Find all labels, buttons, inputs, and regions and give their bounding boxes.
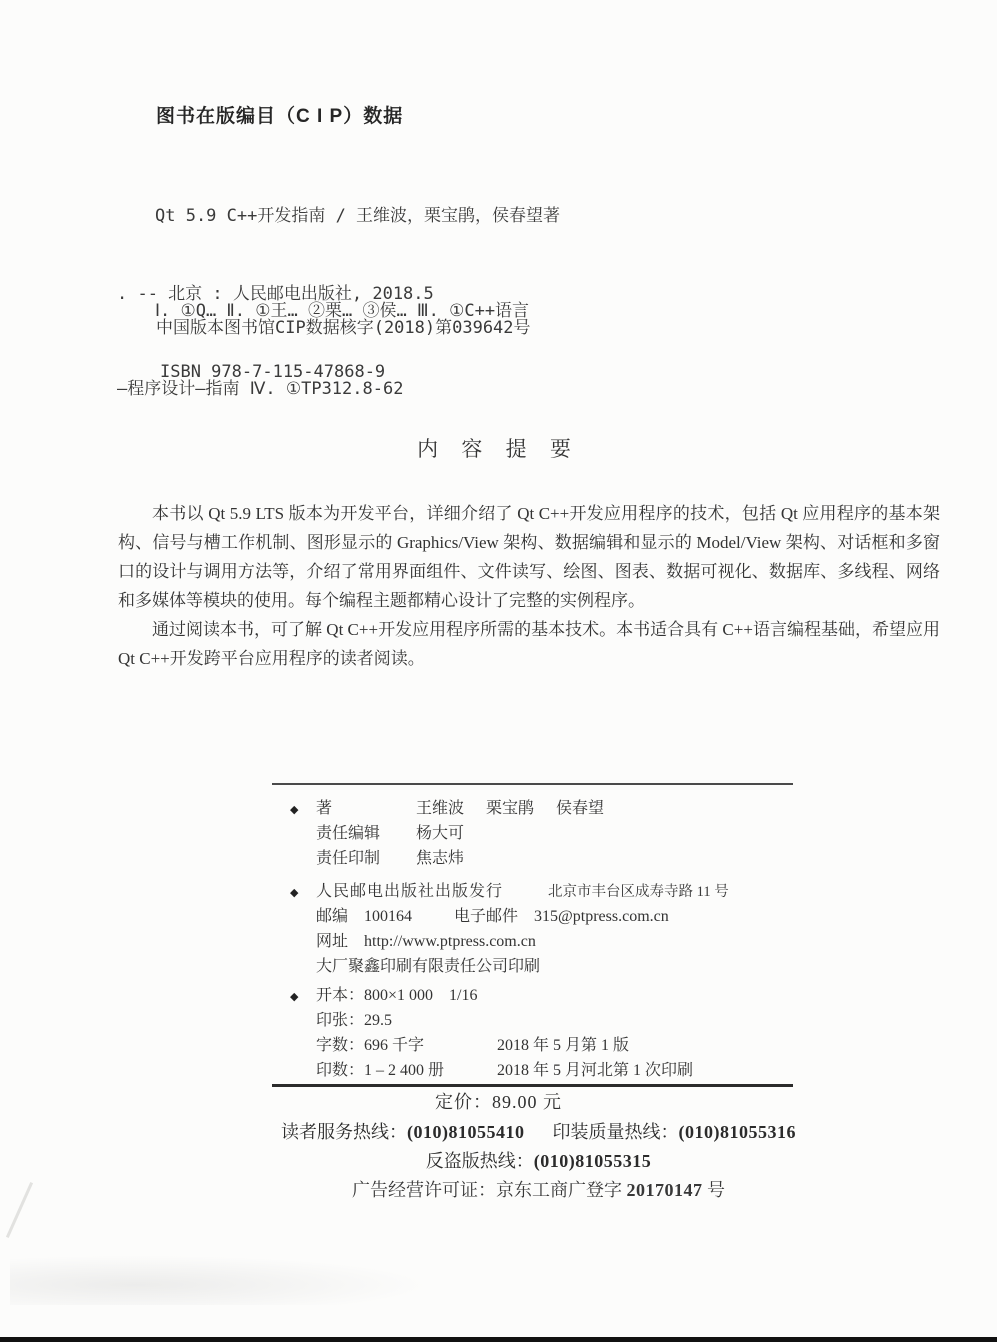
colophon-box: ◆ 著 王维波栗宝鹃侯春望 责任编辑 杨大可 责任印制 焦志炜 ◆ 人民邮电出版… [272, 783, 793, 1087]
license-suffix: 号 [703, 1180, 726, 1200]
publisher-address: 北京市丰台区成寿寺路 11 号 [548, 880, 729, 901]
print-editor-label: 责任印制 [316, 845, 416, 868]
copies-row: 印数： 1 – 2 400 册 2018 年 5 月河北第 1 次印刷 [272, 1057, 793, 1082]
wordcount-label: 字数： [316, 1032, 364, 1055]
format-row: ◆ 开本： 800×1 000 1/16 [272, 982, 793, 1007]
cip-classification-line: —程序设计—指南 Ⅳ. ①TP312.8-62 [117, 376, 757, 402]
footer-hotlines: 读者服务热线：(010)81055410印装质量热线：(010)81055316… [0, 1118, 997, 1205]
author-name: 侯春望 [556, 800, 604, 817]
copies-label: 印数： [316, 1057, 364, 1080]
author-row: ◆ 著 王维波栗宝鹃侯春望 [272, 795, 793, 820]
author-names: 王维波栗宝鹃侯春望 [416, 795, 626, 818]
website-row: 网址 http://www.ptpress.com.cn [272, 928, 793, 953]
printer-row: 大厂聚鑫印刷有限责任公司印刷 [272, 953, 793, 978]
website-value: http://www.ptpress.com.cn [364, 933, 536, 951]
antipiracy-hotline-label: 反盗版热线： [426, 1151, 534, 1171]
cip-registry-line: 中国版本图书馆CIP数据核字(2018)第039642号 [156, 313, 531, 338]
author-label: 著 [316, 795, 416, 818]
sheets-row: 印张： 29.5 [272, 1007, 793, 1032]
sheets-label: 印张： [316, 1007, 364, 1030]
editor-row: 责任编辑 杨大可 [272, 820, 793, 845]
postcode-value: 100164 [364, 908, 412, 926]
diamond-bullet-icon: ◆ [272, 990, 316, 1003]
cip-classification-block: Ⅰ. ①Q… Ⅱ. ①王… ②栗… ③侯… Ⅲ. ①C++语言 —程序设计—指南… [117, 246, 757, 454]
format-label: 开本： [316, 982, 364, 1005]
scan-smudge [10, 1255, 430, 1305]
author-name: 栗宝鹃 [486, 800, 534, 817]
wordcount-row: 字数： 696 千字 2018 年 5 月第 1 版 [272, 1032, 793, 1057]
antipiracy-hotline-number: (010)81055315 [534, 1151, 652, 1171]
editor-name: 杨大可 [416, 820, 464, 843]
copies-value: 1 – 2 400 册 [364, 1057, 444, 1080]
publisher-row: ◆ 人民邮电出版社出版发行 北京市丰台区成寿寺路 11 号 [272, 878, 793, 903]
wordcount-value: 696 千字 [364, 1032, 424, 1055]
summary-paragraph: 通过阅读本书，可了解 Qt C++开发应用程序所需的基本技术。本书适合具有 C+… [118, 615, 940, 673]
sheets-value: 29.5 [364, 1012, 392, 1030]
impression-value: 2018 年 5 月河北第 1 次印刷 [497, 1057, 693, 1080]
hotline-line-1: 读者服务热线：(010)81055410印装质量热线：(010)81055316 [80, 1118, 997, 1147]
cip-heading: 图书在版编目（C I P）数据 [156, 101, 403, 128]
website-label: 网址 [316, 928, 348, 951]
price-line: 定价：89.00 元 [0, 1088, 997, 1114]
reader-hotline-label: 读者服务热线： [281, 1122, 407, 1142]
summary-paragraph: 本书以 Qt 5.9 LTS 版本为开发平台，详细介绍了 Qt C++开发应用程… [118, 499, 940, 615]
hotline-line-2: 反盗版热线：(010)81055315 [80, 1147, 997, 1176]
license-label: 广告经营许可证： [352, 1180, 496, 1200]
diamond-bullet-icon: ◆ [272, 803, 316, 816]
scan-edge-bottom [0, 1337, 997, 1342]
edition-value: 2018 年 5 月第 1 版 [497, 1032, 629, 1055]
print-editor-name: 焦志炜 [416, 845, 464, 868]
postcode-email-row: 邮编 100164 电子邮件 315@ptpress.com.cn [272, 903, 793, 928]
printer-name: 大厂聚鑫印刷有限责任公司印刷 [316, 953, 540, 976]
email-value: 315@ptpress.com.cn [534, 908, 669, 926]
copyright-page: 图书在版编目（C I P）数据 Qt 5.9 C++开发指南 / 王维波，栗宝鹃… [0, 0, 997, 1342]
cip-record-line: Qt 5.9 C++开发指南 / 王维波，栗宝鹃，侯春望著 [117, 203, 737, 229]
format-value: 800×1 000 1/16 [364, 982, 477, 1005]
quality-hotline-label: 印装质量热线： [553, 1122, 679, 1142]
editor-label: 责任编辑 [316, 820, 416, 843]
email-label: 电子邮件 [454, 903, 518, 926]
summary-heading: 内 容 提 要 [0, 433, 997, 463]
quality-hotline-number: (010)81055316 [679, 1122, 797, 1142]
postcode-label: 邮编 [316, 903, 348, 926]
print-editor-row: 责任印制 焦志炜 [272, 845, 793, 870]
license-prefix: 京东工商广登字 [496, 1180, 627, 1200]
license-line: 广告经营许可证：京东工商广登字 20170147 号 [80, 1176, 997, 1205]
summary-body: 本书以 Qt 5.9 LTS 版本为开发平台，详细介绍了 Qt C++开发应用程… [118, 499, 940, 673]
license-number: 20170147 [627, 1180, 703, 1200]
publisher-name: 人民邮电出版社出版发行 [316, 878, 548, 901]
reader-hotline-number: (010)81055410 [407, 1122, 525, 1142]
author-name: 王维波 [416, 800, 464, 817]
diamond-bullet-icon: ◆ [272, 886, 316, 899]
